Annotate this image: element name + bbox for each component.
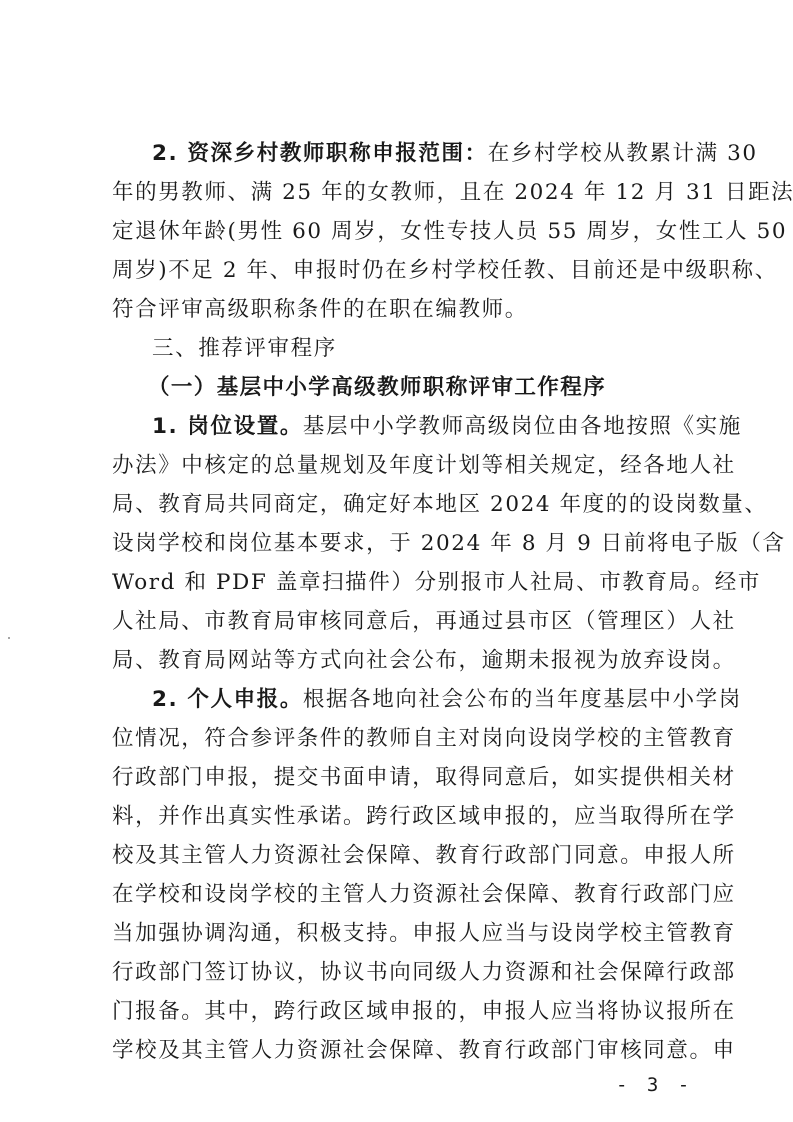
paragraph-line: 定退休年龄(男性 60 周岁，女性专技人员 55 周岁，女性工人 50	[112, 217, 692, 247]
item-lead: 2. 个人申报。	[152, 687, 303, 712]
item-lead: 1. 岗位设置。	[152, 414, 303, 439]
paragraph-line: 行政部门申报，提交书面申请，取得同意后，如实提供相关材	[112, 763, 692, 793]
paragraph-line: Word 和 PDF 盖章扫描件）分别报市人社局、市教育局。经市	[112, 568, 692, 598]
paragraph-line: 在学校和设岗学校的主管人力资源社会保障、教育行政部门应	[112, 880, 692, 910]
paragraph-line: 学校及其主管人力资源社会保障、教育行政部门审核同意。申	[112, 1036, 692, 1066]
paragraph-line: 符合评审高级职称条件的在职在编教师。	[112, 295, 692, 325]
paragraph-line: 1. 岗位设置。基层中小学教师高级岗位由各地按照《实施	[152, 412, 692, 442]
paragraph-line: 校及其主管人力资源社会保障、教育行政部门同意。申报人所	[112, 841, 692, 871]
paragraph-line: 门报备。其中，跨行政区域申报的，申报人应当将协议报所在	[112, 997, 692, 1027]
subsection-heading: （一）基层中小学高级教师职称评审工作程序	[148, 373, 606, 403]
paragraph-line: 人社局、市教育局审核同意后，再通过县市区（管理区）人社	[112, 607, 692, 637]
paragraph-line: 位情况，符合参评条件的教师自主对岗向设岗学校的主管教育	[112, 724, 692, 754]
scan-speck	[8, 637, 10, 639]
paragraph-line: 年的男教师、满 25 年的女教师，且在 2024 年 12 月 31 日距法	[112, 178, 692, 208]
paragraph-line: 设岗学校和岗位基本要求，于 2024 年 8 月 9 日前将电子版（含	[112, 529, 692, 559]
section-heading: 三、推荐评审程序	[152, 334, 337, 364]
page-number: - 3 -	[616, 1074, 693, 1096]
item-lead: 2. 资深乡村教师职称申报范围：	[152, 141, 488, 166]
paragraph-line: 行政部门签订协议，协议书向同级人力资源和社会保障行政部	[112, 958, 692, 988]
paragraph-line: 2. 个人申报。根据各地向社会公布的当年度基层中小学岗	[152, 685, 692, 715]
document-page: 2. 资深乡村教师职称申报范围：在乡村学校从教累计满 30 年的男教师、满 25…	[0, 0, 793, 1122]
paragraph-line: 局、教育局共同商定，确定好本地区 2024 年度的的设岗数量、	[112, 490, 692, 520]
paragraph-line: 2. 资深乡村教师职称申报范围：在乡村学校从教累计满 30	[152, 139, 692, 169]
paragraph-line: 局、教育局网站等方式向社会公布，逾期未报视为放弃设岗。	[112, 646, 692, 676]
paragraph-line: 料，并作出真实性承诺。跨行政区域申报的，应当取得所在学	[112, 802, 692, 832]
paragraph-line: 周岁)不足 2 年、申报时仍在乡村学校任教、目前还是中级职称、	[112, 256, 692, 286]
paragraph-line: 办法》中核定的总量规划及年度计划等相关规定，经各地人社	[112, 451, 692, 481]
paragraph-line: 当加强协调沟通，积极支持。申报人应当与设岗学校主管教育	[112, 919, 692, 949]
